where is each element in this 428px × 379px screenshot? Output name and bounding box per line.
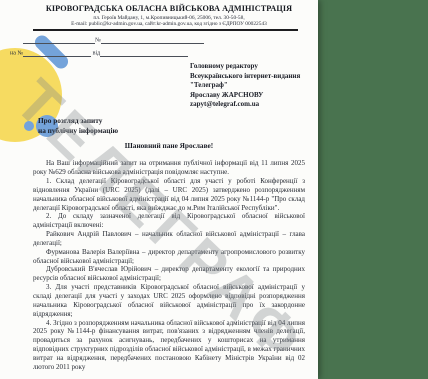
incoming-number-label: на № — [10, 51, 23, 57]
letterhead-title: КІРОВОГРАДСЬКА ОБЛАСНА ВІЙСЬКОВА АДМІНІС… — [33, 4, 305, 14]
address-line-2: E-mail: public@kr-admin.gov.ua, сайт:kr-… — [23, 21, 315, 28]
incoming-date-label: від — [93, 51, 101, 57]
body-paragraph: На Ваш інформаційний запит на отримання … — [33, 159, 305, 177]
document-paper: КІРОВОГРАДСЬКА ОБЛАСНА ВІЙСЬКОВА АДМІНІС… — [0, 0, 318, 379]
body-paragraph: Фурманова Валерія Валеріївна – директор … — [33, 248, 305, 266]
body-paragraph: 4. Згідно з розпорядженням начальника об… — [33, 319, 305, 372]
letter-body: Шановний пане Ярославе! На Ваш інформаці… — [33, 142, 305, 372]
body-paragraph: Дубровський В'ячеслав Юрійович – директо… — [33, 265, 305, 283]
body-paragraph: 1. Склад делегації Кіровоградської облас… — [33, 177, 305, 212]
recipient-line: Головному редактору — [190, 62, 300, 72]
recipient-line: zapyt@telegraf.com.ua — [190, 100, 300, 110]
recipient-block: Головному редакторуВсеукраїнського інтер… — [190, 62, 300, 110]
logo-small-dot-icon — [24, 121, 34, 131]
salutation: Шановний пане Ярославе! — [33, 142, 305, 151]
subject-line-1: Про розгляд запиту — [38, 116, 118, 126]
letterhead-address: пл. Героїв Майдану, 1, м.Кропивницький-0… — [23, 15, 315, 28]
subject-line-2: на публічну інформацію — [38, 126, 118, 136]
body-paragraph: 2. До складу зазначеної делегації від Кі… — [33, 212, 305, 230]
body-paragraphs: На Ваш інформаційний запит на отримання … — [33, 159, 305, 371]
outgoing-date-blank — [23, 36, 95, 44]
subject-block: Про розгляд запиту на публічну інформаці… — [38, 116, 118, 136]
incoming-number-blank — [23, 49, 91, 57]
reference-line-outgoing: № — [23, 36, 204, 44]
screenshot-background: КІРОВОГРАДСЬКА ОБЛАСНА ВІЙСЬКОВА АДМІНІС… — [0, 0, 428, 379]
incoming-date-blank — [100, 49, 188, 57]
body-paragraph: 3. Для участі представників Кіровоградсь… — [33, 283, 305, 318]
recipient-line: Всеукраїнського інтернет-видання — [190, 72, 300, 82]
recipient-line: Ярославу ЖАРСНОВУ — [190, 91, 300, 101]
body-paragraph: Райкович Андрій Павлович – начальник обл… — [33, 230, 305, 248]
reference-line-incoming: на № від — [10, 49, 188, 57]
outgoing-number-blank — [101, 36, 204, 44]
recipient-line: "Телеграф" — [190, 81, 300, 91]
letterhead-rule — [33, 29, 298, 31]
